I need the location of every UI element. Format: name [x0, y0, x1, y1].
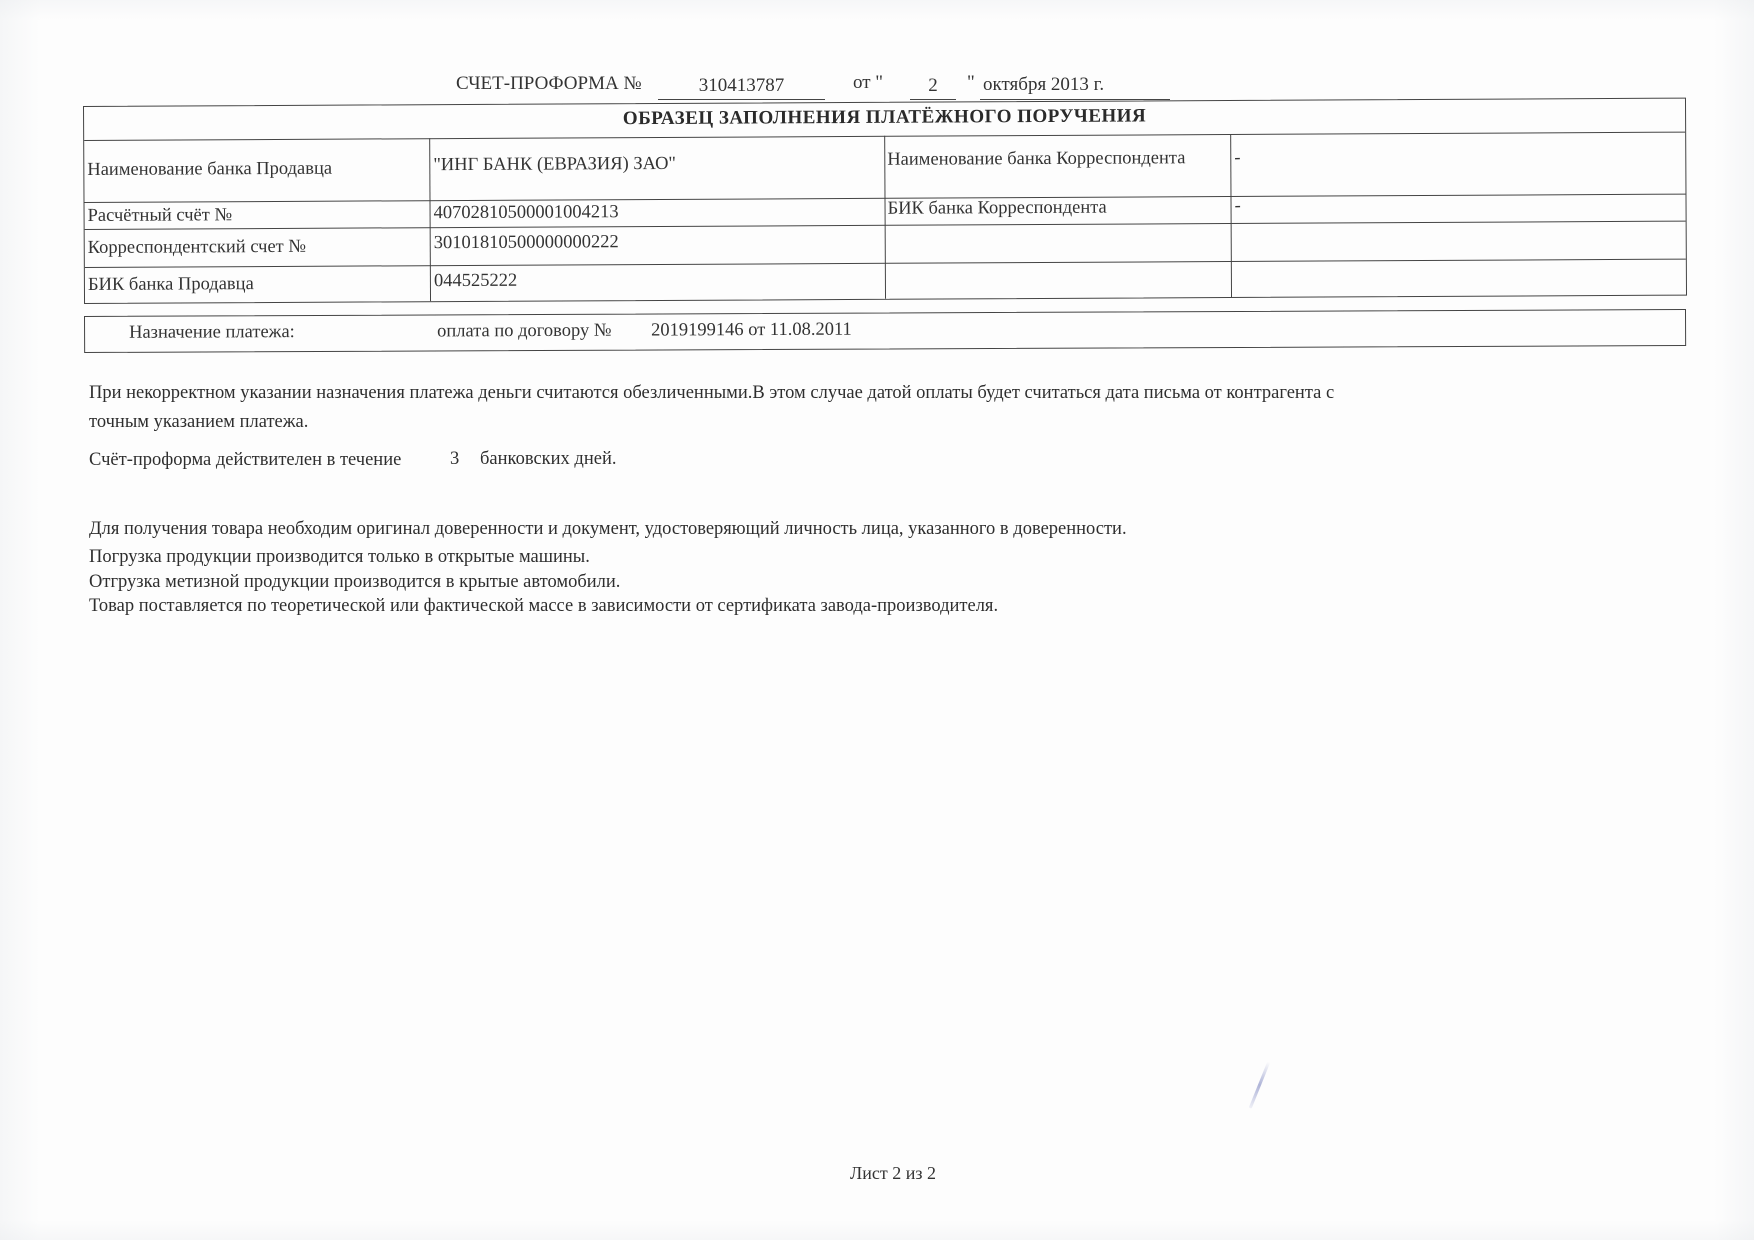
- note-depersonalized-payment-cont: точным указанием платежа.: [89, 412, 308, 433]
- condition-item: Для получения товара необходим оригинал …: [89, 519, 1127, 540]
- validity-days: 3: [450, 449, 459, 470]
- date-quote-close: ": [967, 72, 975, 94]
- condition-item: Товар поставляется по теоретической или …: [89, 596, 998, 617]
- correspondent-account-label: Корреспондентский счет №: [88, 237, 306, 259]
- column-divider: [429, 138, 431, 301]
- correspondent-bank-name-value: -: [1234, 148, 1240, 169]
- document-title: СЧЕТ-ПРОФОРМА №: [456, 73, 642, 95]
- column-divider: [1230, 134, 1232, 297]
- invoice-day: 2: [910, 75, 956, 97]
- page-number: Лист 2 из 2: [850, 1163, 936, 1184]
- invoice-month-year: октября 2013 г.: [983, 74, 1104, 96]
- invoice-number-underline: [658, 99, 825, 100]
- correspondent-bik-value: -: [1234, 196, 1240, 217]
- seller-bank-name-label: Наименование банка Продавца: [87, 159, 332, 181]
- column-divider: [884, 136, 886, 299]
- note-depersonalized-payment: При некорректном указании назначения пла…: [89, 383, 1334, 404]
- seller-bik-value: 044525222: [434, 271, 517, 292]
- correspondent-account-value: 30101810500000000222: [434, 232, 619, 254]
- payment-purpose-text: оплата по договору №: [437, 321, 612, 343]
- condition-item: Погрузка продукции производится только в…: [89, 547, 590, 568]
- settlement-account-value: 40702810500001004213: [434, 202, 619, 224]
- validity-suffix: банковских дней.: [480, 449, 616, 470]
- payment-purpose-label: Назначение платежа:: [129, 322, 295, 344]
- seller-bank-name-value: "ИНГ БАНК (ЕВРАЗИЯ) ЗАО": [433, 154, 676, 176]
- condition-item: Отгрузка метизной продукции производится…: [89, 572, 620, 593]
- correspondent-bank-name-label: Наименование банка Корреспондента: [887, 148, 1185, 171]
- date-from-label: от ": [853, 72, 883, 94]
- invoice-number: 310413787: [658, 75, 825, 97]
- day-underline: [910, 99, 956, 100]
- seller-bik-label: БИК банка Продавца: [88, 274, 254, 296]
- table-title: ОБРАЗЕЦ ЗАПОЛНЕНИЯ ПЛАТЁЖНОГО ПОРУЧЕНИЯ: [84, 103, 1685, 133]
- settlement-account-label: Расчётный счёт №: [88, 205, 233, 227]
- payment-order-sample-table: ОБРАЗЕЦ ЗАПОЛНЕНИЯ ПЛАТЁЖНОГО ПОРУЧЕНИЯ …: [83, 98, 1687, 304]
- payment-purpose-contract: 2019199146 от 11.08.2011: [651, 320, 852, 342]
- payment-purpose-box: Назначение платежа: оплата по договору №…: [84, 309, 1686, 353]
- validity-prefix: Счёт-проформа действителен в течение: [89, 450, 401, 471]
- correspondent-bik-label: БИК банка Корреспондента: [887, 198, 1106, 220]
